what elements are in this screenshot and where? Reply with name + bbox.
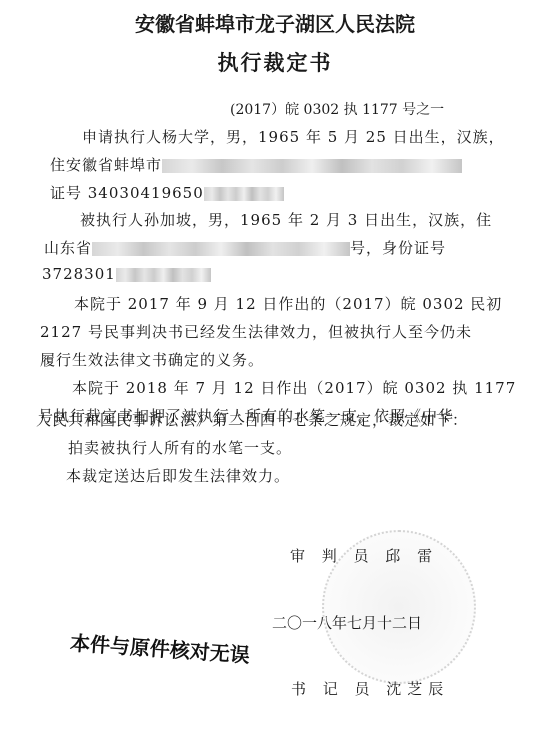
signature-date: 二〇一八年七月十二日: [272, 612, 422, 633]
respondent-line-1: 被执行人孙加坡，男，1965 年 2 月 3 日出生，汉族，住: [80, 209, 492, 230]
applicant-line-2: 住安徽省蚌埠市: [50, 154, 462, 175]
redacted-address: [92, 242, 350, 256]
court-ruling-document: 安徽省蚌埠市龙子湖区人民法院 执行裁定书 (2017）皖 0302 执 1177…: [0, 0, 550, 747]
redacted-address: [162, 159, 462, 173]
effect-text: 本裁定送达后即发生法律效力。: [66, 465, 290, 486]
paragraph2-line-1: 本院于 2018 年 7 月 12 日作出（2017）皖 0302 执 1177: [72, 377, 516, 398]
respondent-line-2: 山东省号，身份证号: [44, 237, 446, 258]
court-name: 安徽省蚌埠市龙子湖区人民法院: [0, 8, 550, 37]
paragraph1-line-1: 本院于 2017 年 9 月 12 日作出的（2017）皖 0302 民初: [74, 293, 502, 314]
applicant-id-prefix: 证号 34030419650: [50, 184, 204, 202]
paragraph1-line-3: 履行生效法律文书确定的义务。: [40, 349, 264, 370]
document-title: 执行裁定书: [0, 47, 550, 77]
paragraph1-line-2: 2127 号民事判决书已经发生法律效力，但被执行人至今仍未: [40, 321, 472, 342]
applicant-address-prefix: 住安徽省蚌埠市: [50, 156, 162, 174]
applicant-line-1: 申请执行人杨大学，男，1965 年 5 月 25 日出生，汉族，: [82, 126, 505, 147]
clerk-signature: 书 记 员 沈芝辰: [291, 678, 449, 699]
redacted-id: [204, 187, 284, 201]
respondent-address-prefix: 山东省: [44, 239, 92, 257]
respondent-id-prefix: 3728301: [42, 265, 116, 283]
judge-signature: 审 判 员 邱 雷: [290, 545, 438, 566]
redacted-id: [116, 268, 211, 282]
paragraph2-line-3: 人民共和国民事诉讼法》第二百四十七条之规定，裁定如下：: [36, 409, 468, 430]
respondent-line-3: 3728301: [42, 265, 211, 283]
respondent-address-suffix: 号，身份证号: [350, 239, 446, 257]
copy-verification-stamp: 本件与原件核对无误: [69, 627, 251, 668]
case-number: (2017）皖 0302 执 1177 号之一: [230, 99, 444, 119]
applicant-line-3: 证号 34030419650: [50, 182, 284, 203]
ruling-text: 拍卖被执行人所有的水笔一支。: [68, 437, 292, 458]
